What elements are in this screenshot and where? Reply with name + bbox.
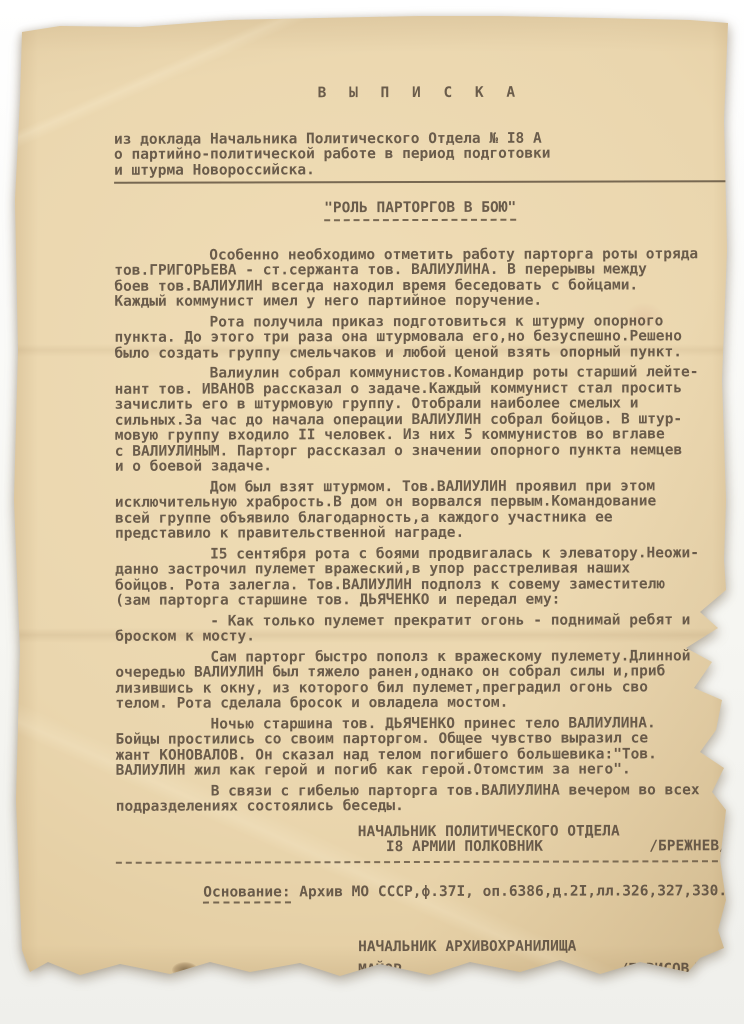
paragraph-8: Ночью старшина тов. ДЬЯЧЕНКО принес тело… [115, 716, 727, 780]
basis-line: Основание: Архив МО СССР,ф.37I, оп.6386,… [116, 869, 728, 917]
paragraph-2: Рота получила приказ подготовиться к шту… [114, 314, 726, 362]
paragraph-5: I5 сентября рота с боями продвигалась к … [115, 546, 727, 610]
signature-name-borisov: /БОРИСОВ/ [620, 962, 699, 978]
signature-title-archive: НАЧАЛЬНИК АРХИВОХРАНИЛИЩА [358, 939, 698, 955]
paragraph-3: Валиулин собрал коммунистов.Командир рот… [115, 365, 727, 475]
signature-row: МАЙОР /БОРИСОВ/ [358, 962, 698, 978]
signature-rank-colonel: I8 АРМИИ ПОЛКОВНИК [358, 840, 543, 856]
document-title: В Ы П И С К А [114, 85, 726, 102]
header-text: из доклада Начальника Политического Отде… [114, 131, 726, 164]
archive-reference: Архив МО СССР,ф.37I, оп.6386,д.2I,лл.326… [291, 883, 728, 900]
signature-block-political-department: НАЧАЛЬНИК ПОЛИТИЧЕСКОГО ОТДЕЛА I8 АРМИИ … [358, 824, 728, 856]
document-content: В Ы П И С К А из доклада Начальника Поли… [114, 85, 728, 979]
paper-shadow: В Ы П И С К А из доклада Начальника Поли… [0, 0, 744, 1024]
paragraph-7: Сам парторг быстро пополз к вражескому п… [115, 649, 727, 713]
paragraph-1: Особенно необходимо отметить работу парт… [114, 247, 726, 311]
section-heading: "РОЛЬ ПАРТОРГОВ В БОЮ" [324, 201, 516, 221]
signature-block-archive: НАЧАЛЬНИК АРХИВОХРАНИЛИЩА МАЙОР /БОРИСОВ… [358, 939, 698, 978]
paragraph-9: В связи с гибелью парторга тов.ВАЛИУЛИНА… [116, 783, 728, 816]
dashed-divider [116, 860, 728, 864]
paragraph-4: Дом был взят штурмом. Тов.ВАЛИУЛИН прояв… [115, 479, 727, 543]
document-header: из доклада Начальника Политического Отде… [114, 131, 726, 184]
signature-row: I8 АРМИИ ПОЛКОВНИК /БРЕЖНЕВ/ [358, 839, 728, 855]
document-paper: В Ы П И С К А из доклада Начальника Поли… [12, 16, 734, 991]
signature-name-brezhnev: /БРЕЖНЕВ/ [649, 839, 728, 855]
scanner-background: В Ы П И С К А из доклада Начальника Поли… [0, 0, 744, 1024]
header-underlined-line: и штурма Новороссийска. [114, 162, 726, 184]
section-heading-row: "РОЛЬ ПАРТОРГОВ В БОЮ" [114, 200, 726, 221]
signature-rank-major: МАЙОР [358, 963, 402, 979]
stain-mark [198, 978, 208, 986]
basis-label: Основание: [203, 884, 290, 903]
paragraph-dialogue: - Как только пулемет прекратит огонь - п… [115, 613, 727, 646]
